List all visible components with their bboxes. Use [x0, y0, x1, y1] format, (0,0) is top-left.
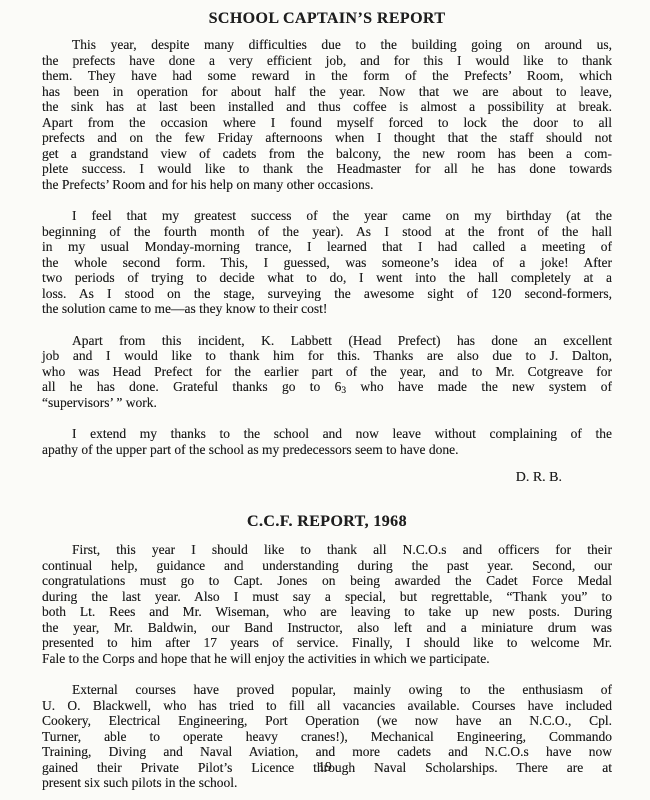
- text-line: apathy of the upper part of the school a…: [42, 442, 612, 458]
- text-line: Cookery, Electrical Engineering, Port Op…: [42, 713, 612, 729]
- text-line: Turner, able to operate heavy cranes!), …: [42, 729, 612, 745]
- text-line: them. They have had some reward in the f…: [42, 68, 612, 84]
- text-line: the Prefects’ Room and for his help on m…: [42, 177, 612, 193]
- section-title-ccf-report: C.C.F. REPORT, 1968: [42, 512, 612, 531]
- text-line: Apart from this incident, K. Labbett (He…: [42, 333, 612, 349]
- section-body-school-captains-report: This year, despite many difficulties due…: [42, 37, 612, 457]
- section-title-school-captains-report: SCHOOL CAPTAIN’S REPORT: [42, 9, 612, 28]
- text-line: the prefects have done a very efficient …: [42, 53, 612, 69]
- text-line: two periods of trying to decide what to …: [42, 270, 612, 286]
- text-line: Apart from the occasion where I found my…: [42, 115, 612, 131]
- page-number: 19: [0, 759, 650, 775]
- document-page: SCHOOL CAPTAIN’S REPORT This year, despi…: [0, 0, 650, 800]
- text-line: U. O. Blackwell, who has tried to fill a…: [42, 698, 612, 714]
- text-line: This year, despite many difficulties due…: [42, 37, 612, 53]
- paragraph: This year, despite many difficulties due…: [42, 37, 612, 192]
- text-line: First, this year I should like to thank …: [42, 542, 612, 558]
- signature: D. R. B.: [42, 470, 612, 486]
- paragraph: First, this year I should like to thank …: [42, 542, 612, 666]
- text-line: I feel that my greatest success of the y…: [42, 208, 612, 224]
- text-line: Training, Diving and Naval Aviation, and…: [42, 744, 612, 760]
- text-line: get a grandstand view of cadets from the…: [42, 146, 612, 162]
- text-line: the whole second form. This, I guessed, …: [42, 255, 612, 271]
- text-line: the year, Mr. Baldwin, our Band Instruct…: [42, 620, 612, 636]
- text-line: all he has done. Grateful thanks go to 6…: [42, 379, 612, 395]
- section-body-ccf-report: First, this year I should like to thank …: [42, 542, 612, 791]
- text-line: during the last year. Also I must say a …: [42, 589, 612, 605]
- text-line: the solution came to me—as they know to …: [42, 301, 612, 317]
- text-line: plete success. I would like to thank the…: [42, 161, 612, 177]
- text-line: Fale to the Corps and hope that he will …: [42, 651, 612, 667]
- text-line: congratulations must go to Capt. Jones o…: [42, 573, 612, 589]
- text-line: continual help, guidance and understandi…: [42, 558, 612, 574]
- text-line: “supervisors’ ” work.: [42, 395, 612, 411]
- text-line: job and I would like to thank him for th…: [42, 348, 612, 364]
- text-line: I extend my thanks to the school and now…: [42, 426, 612, 442]
- text-line: loss. As I stood on the stage, surveying…: [42, 286, 612, 302]
- paragraph: I feel that my greatest success of the y…: [42, 208, 612, 317]
- paragraph: Apart from this incident, K. Labbett (He…: [42, 333, 612, 411]
- text-line: present six such pilots in the school.: [42, 775, 612, 791]
- text-line: External courses have proved popular, ma…: [42, 682, 612, 698]
- text-line: beginning of the fourth month of the yea…: [42, 224, 612, 240]
- paragraph: I extend my thanks to the school and now…: [42, 426, 612, 457]
- text-line: the sink has at last been installed and …: [42, 99, 612, 115]
- text-line: in my usual Monday-morning trance, I lea…: [42, 239, 612, 255]
- text-line: prefects and on the few Friday afternoon…: [42, 130, 612, 146]
- text-line: has been in operation for about half the…: [42, 84, 612, 100]
- text-line: presented to him after 17 years of servi…: [42, 635, 612, 651]
- text-line: both Lt. Rees and Mr. Wiseman, who are l…: [42, 604, 612, 620]
- text-line: who was Head Prefect for the earlier par…: [42, 364, 612, 380]
